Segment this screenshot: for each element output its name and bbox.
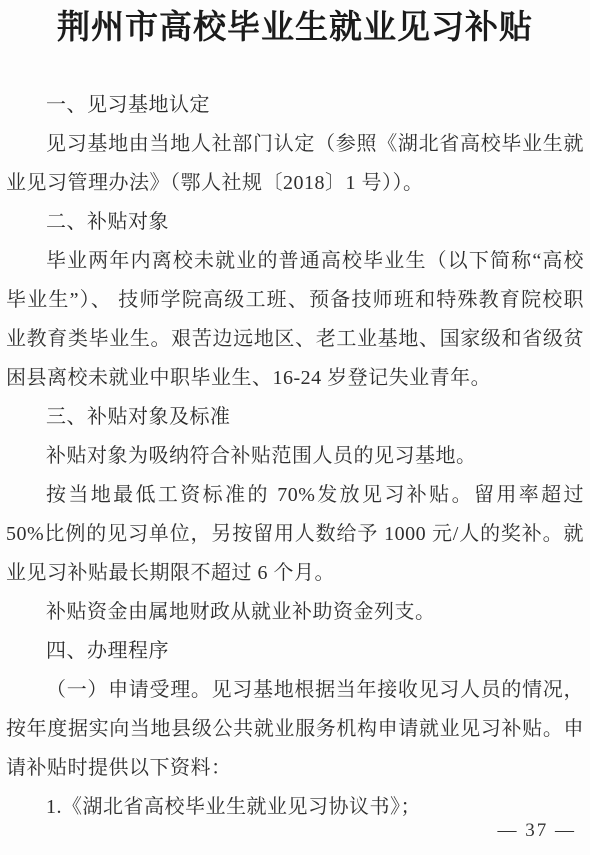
section-heading-3: 三、补贴对象及标准 — [6, 398, 584, 437]
paragraph: 按当地最低工资标准的 70%发放见习补贴。留用率超过 50%比例的见习单位，另按… — [6, 476, 584, 593]
section-heading-4: 四、办理程序 — [6, 632, 584, 671]
page-number: — 37 — — [498, 820, 577, 842]
section-heading-2: 二、补贴对象 — [6, 203, 584, 242]
document-page: 荆州市高校毕业生就业见习补贴 一、见习基地认定 见习基地由当地人社部门认定（参照… — [0, 0, 590, 855]
section-heading-1: 一、见习基地认定 — [6, 86, 584, 125]
document-title: 荆州市高校毕业生就业见习补贴 — [0, 0, 590, 50]
paragraph: 补贴对象为吸纳符合补贴范围人员的见习基地。 — [6, 437, 584, 476]
paragraph: （一）申请受理。见习基地根据当年接收见习人员的情况，按年度据实向当地县级公共就业… — [6, 671, 584, 788]
paragraph: 毕业两年内离校未就业的普通高校毕业生（以下简称“高校毕业生”）、 技师学院高级工… — [6, 242, 584, 398]
paragraph: 见习基地由当地人社部门认定（参照《湖北省高校毕业生就业见习管理办法》（鄂人社规〔… — [6, 125, 584, 203]
document-body: 一、见习基地认定 见习基地由当地人社部门认定（参照《湖北省高校毕业生就业见习管理… — [0, 86, 590, 827]
paragraph: 补贴资金由属地财政从就业补助资金列支。 — [6, 593, 584, 632]
